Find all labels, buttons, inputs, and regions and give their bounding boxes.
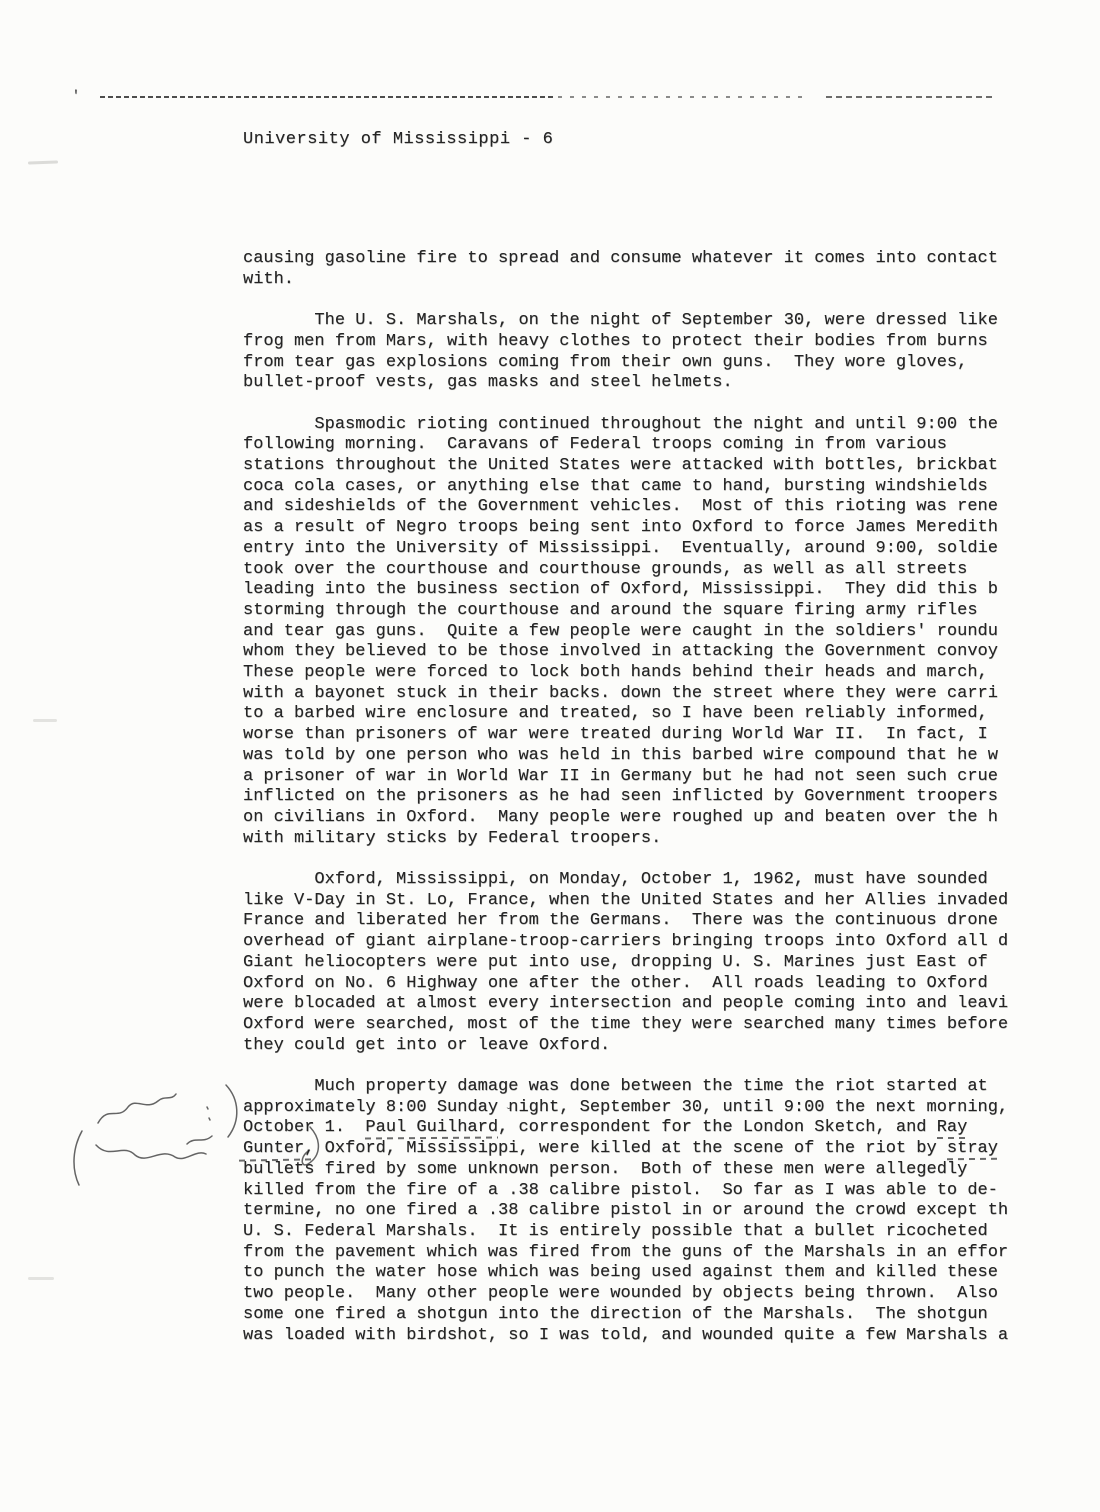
text-line: from tear gas explosions coming from the… <box>243 353 1043 374</box>
margin-note-tilde <box>187 1136 212 1144</box>
text-line: October 1. Paul Guilhard, correspondent … <box>243 1118 1043 1139</box>
text-line: stations throughout the United States we… <box>243 456 1043 477</box>
margin-note-scribble-1 <box>98 1094 176 1123</box>
text-line: they could get into or leave Oxford. <box>243 1036 1043 1057</box>
text-line: Oxford, Mississippi, on Monday, October … <box>243 870 1043 891</box>
top-dashed-rule <box>558 96 808 98</box>
text-line: causing gasoline fire to spread and cons… <box>243 249 1043 270</box>
paragraph: Spasmodic rioting continued throughout t… <box>243 415 1043 850</box>
document-body: causing gasoline fire to spread and cons… <box>243 249 1043 1367</box>
text-line: These people were forced to lock both ha… <box>243 663 1043 684</box>
text-line: were blocaded at almost every intersecti… <box>243 994 1043 1015</box>
text-line: was loaded with birdshot, so I was told,… <box>243 1326 1043 1347</box>
margin-note-scribble-2 <box>96 1145 206 1159</box>
text-line: was told by one person who was held in t… <box>243 746 1043 767</box>
top-dashed-rule <box>826 96 996 98</box>
text-line: and tear gas guns. Quite a few people we… <box>243 622 1043 643</box>
text-line: with military sticks by Federal troopers… <box>243 829 1043 850</box>
text-line: whom they believed to be those involved … <box>243 642 1043 663</box>
margin-note-close-paren <box>226 1085 237 1137</box>
text-line: Much property damage was done between th… <box>243 1077 1043 1098</box>
text-line: inflicted on the prisoners as he had see… <box>243 787 1043 808</box>
stray-ink-mark: ' <box>72 86 80 107</box>
page-title: University of Mississippi - 6 <box>243 130 553 151</box>
text-line: Oxford were searched, most of the time t… <box>243 1015 1043 1036</box>
text-line: overhead of giant airplane-troop-carrier… <box>243 932 1043 953</box>
text-line: entry into the University of Mississippi… <box>243 539 1043 560</box>
text-line: on civilians in Oxford. Many people were… <box>243 808 1043 829</box>
text-line: some one fired a shotgun into the direct… <box>243 1305 1043 1326</box>
margin-note-colon-dots <box>207 1107 210 1120</box>
text-line: France and liberated her from the German… <box>243 911 1043 932</box>
text-line: with a bayonet stuck in their backs. dow… <box>243 684 1043 705</box>
text-line: leading into the business section of Oxf… <box>243 580 1043 601</box>
text-line: worse than prisoners of war were treated… <box>243 725 1043 746</box>
text-line: killed from the fire of a .38 calibre pi… <box>243 1181 1043 1202</box>
text-line: two people. Many other people were wound… <box>243 1284 1043 1305</box>
paragraph: causing gasoline fire to spread and cons… <box>243 249 1043 290</box>
text-line: from the pavement which was fired from t… <box>243 1243 1043 1264</box>
handwritten-margin-note <box>70 1083 340 1198</box>
text-line: The U. S. Marshals, on the night of Sept… <box>243 311 1043 332</box>
scan-smudge <box>33 719 57 722</box>
text-line: Gunter, Oxford, Mississippi, were killed… <box>243 1139 1043 1160</box>
text-line: as a result of Negro troops being sent i… <box>243 518 1043 539</box>
text-line: storming through the courthouse and arou… <box>243 601 1043 622</box>
text-line: termine, no one fired a .38 calibre pist… <box>243 1201 1043 1222</box>
text-line: Giant heliocopters were put into use, dr… <box>243 953 1043 974</box>
scan-smudge <box>28 160 58 164</box>
text-line: to a barbed wire enclosure and treated, … <box>243 704 1043 725</box>
text-line: with. <box>243 270 1043 291</box>
text-line: bullets fired by some unknown person. Bo… <box>243 1160 1043 1181</box>
paragraph: Oxford, Mississippi, on Monday, October … <box>243 870 1043 1056</box>
text-line: like V-Day in St. Lo, France, when the U… <box>243 891 1043 912</box>
insert-caret-mark: ˇ <box>505 1106 512 1120</box>
text-line: a prisoner of war in World War II in Ger… <box>243 767 1043 788</box>
margin-note-open-paren <box>74 1131 82 1185</box>
text-line: frog men from Mars, with heavy clothes t… <box>243 332 1043 353</box>
text-line: Oxford on No. 6 Highway one after the ot… <box>243 974 1043 995</box>
scan-smudge <box>28 1277 54 1280</box>
pencil-underline-ray <box>937 1137 968 1139</box>
top-dashed-rule <box>100 96 555 98</box>
text-line: following morning. Caravans of Federal t… <box>243 435 1043 456</box>
text-line: U. S. Federal Marshals. It is entirely p… <box>243 1222 1043 1243</box>
margin-note-stroke-to-gunter <box>302 1127 318 1165</box>
paragraph: The U. S. Marshals, on the night of Sept… <box>243 311 1043 394</box>
text-line: and sideshields of the Government vehicl… <box>243 497 1043 518</box>
paragraph: Much property damage was done between th… <box>243 1077 1043 1346</box>
text-line: coca cola cases, or anything else that c… <box>243 477 1043 498</box>
text-line: bullet-proof vests, gas masks and steel … <box>243 373 1043 394</box>
text-line: to punch the water hose which was being … <box>243 1263 1043 1284</box>
text-line: approximately 8:00 Sunday night, Septemb… <box>243 1098 1043 1119</box>
text-line: took over the courthouse and courthouse … <box>243 560 1043 581</box>
scanned-document-page: ' University of Mississippi - 6 causing … <box>0 0 1100 1512</box>
text-line: Spasmodic rioting continued throughout t… <box>243 415 1043 436</box>
